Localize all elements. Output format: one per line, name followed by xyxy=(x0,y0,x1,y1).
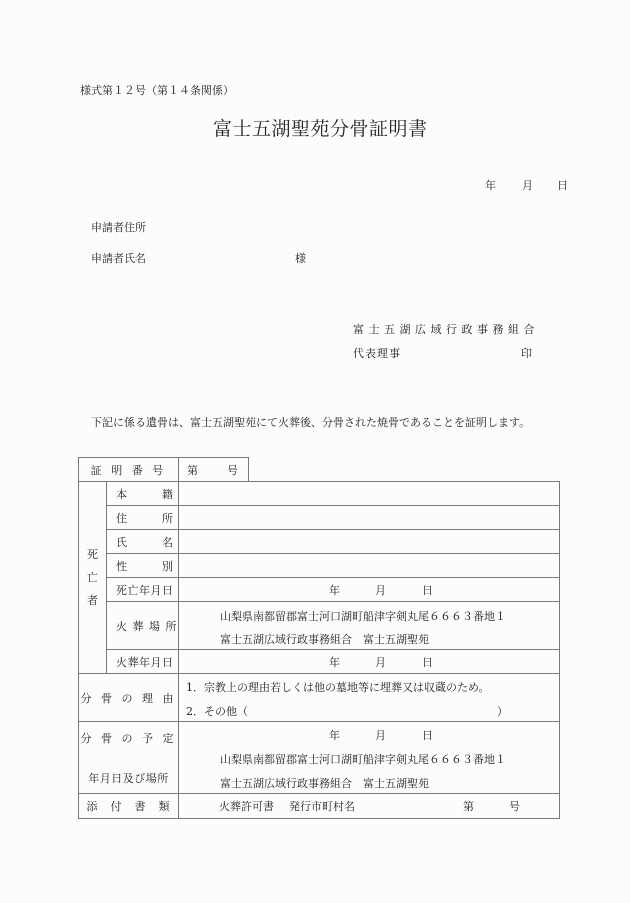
sex-field[interactable] xyxy=(179,554,559,577)
form-number: 様式第１２号（第１４条関係） xyxy=(80,82,234,98)
month-label: 月 xyxy=(522,177,533,193)
cremation-date-field[interactable]: 年 月 日 xyxy=(179,650,559,673)
certificate-table: 証 明 番 号 第 号 死 亡 者 本籍 住所 氏名 性別 死亡年月日 年 月 … xyxy=(78,457,560,819)
address-label: 住所 xyxy=(107,506,178,529)
plan-label: 分 骨 の 予 定 年月日及び場所 xyxy=(79,722,178,793)
permit-number-suffix: 号 xyxy=(509,798,520,814)
honorific: 様 xyxy=(295,250,306,266)
plan-facility-name: 富士五湖広域行政事務組合 富士五湖聖苑 xyxy=(220,775,429,791)
cert-number-field[interactable]: 第 号 xyxy=(179,458,248,481)
issuing-municipality-label: 発行市町村名 xyxy=(289,798,355,814)
reason-option-2[interactable]: 2．その他（ xyxy=(186,703,248,719)
cremation-date-label: 火葬年月日 xyxy=(107,650,178,673)
seal-mark: 印 xyxy=(521,345,532,361)
reason-option-1[interactable]: 1．宗教上の理由若しくは他の墓地等に埋葬又は収蔵のため。 xyxy=(186,679,490,695)
plan-field: 年 月 日 山梨県南都留郡富士河口湖町船津字剣丸尾６６６３番地１ 富士五湖広域行… xyxy=(179,722,559,793)
applicant-name-label: 申請者氏名 xyxy=(91,250,146,266)
reason-options: 1．宗教上の理由若しくは他の墓地等に埋葬又は収蔵のため。 2．その他（ ） xyxy=(179,674,559,721)
applicant-address-label: 申請者住所 xyxy=(91,219,146,235)
year-label: 年 xyxy=(485,177,496,193)
cremation-place-label: 火 葬 場 所 xyxy=(107,602,178,649)
reason-option-2-close: ） xyxy=(497,703,508,719)
cremation-place-field: 山梨県南都留郡富士河口湖町船津字剣丸尾６６６３番地１ 富士五湖広域行政事務組合 … xyxy=(179,602,559,649)
attachments-field: 火葬許可書 発行市町村名 第 号 xyxy=(179,794,559,818)
issuer-representative: 代表理事 xyxy=(353,345,401,361)
address-field[interactable] xyxy=(179,506,559,529)
deceased-group-label: 死 亡 者 xyxy=(79,482,106,673)
permit-number-prefix: 第 xyxy=(463,798,474,814)
sex-label: 性別 xyxy=(107,554,178,577)
cert-number-label: 証 明 番 号 xyxy=(79,458,178,481)
death-date-label: 死亡年月日 xyxy=(107,578,178,601)
name-field[interactable] xyxy=(179,530,559,553)
issuer-organization: 富 士 五 湖 広 域 行 政 事 務 組 合 xyxy=(353,321,535,337)
cremation-permit: 火葬許可書 xyxy=(219,798,274,814)
death-date-field[interactable]: 年 月 日 xyxy=(179,578,559,601)
attachments-label: 添 付 書 類 xyxy=(79,794,178,818)
honseki-label: 本籍 xyxy=(107,482,178,505)
certification-statement: 下記に係る遺骨は、富士五湖聖苑にて火葬後、分骨された焼骨であることを証明します。 xyxy=(91,414,530,430)
facility-address: 山梨県南都留郡富士河口湖町船津字剣丸尾６６６３番地１ xyxy=(220,608,506,624)
name-label: 氏名 xyxy=(107,530,178,553)
facility-name: 富士五湖広域行政事務組合 富士五湖聖苑 xyxy=(220,631,429,647)
cert-number-prefix: 第 xyxy=(187,462,198,478)
day-label: 日 xyxy=(557,177,568,193)
cert-number-suffix: 号 xyxy=(227,462,238,478)
plan-facility-address: 山梨県南都留郡富士河口湖町船津字剣丸尾６６６３番地１ xyxy=(220,751,506,767)
reason-label: 分 骨 の 理 由 xyxy=(79,674,178,721)
document-title: 富士五湖聖苑分骨証明書 xyxy=(213,114,428,141)
honseki-field[interactable] xyxy=(179,482,559,505)
